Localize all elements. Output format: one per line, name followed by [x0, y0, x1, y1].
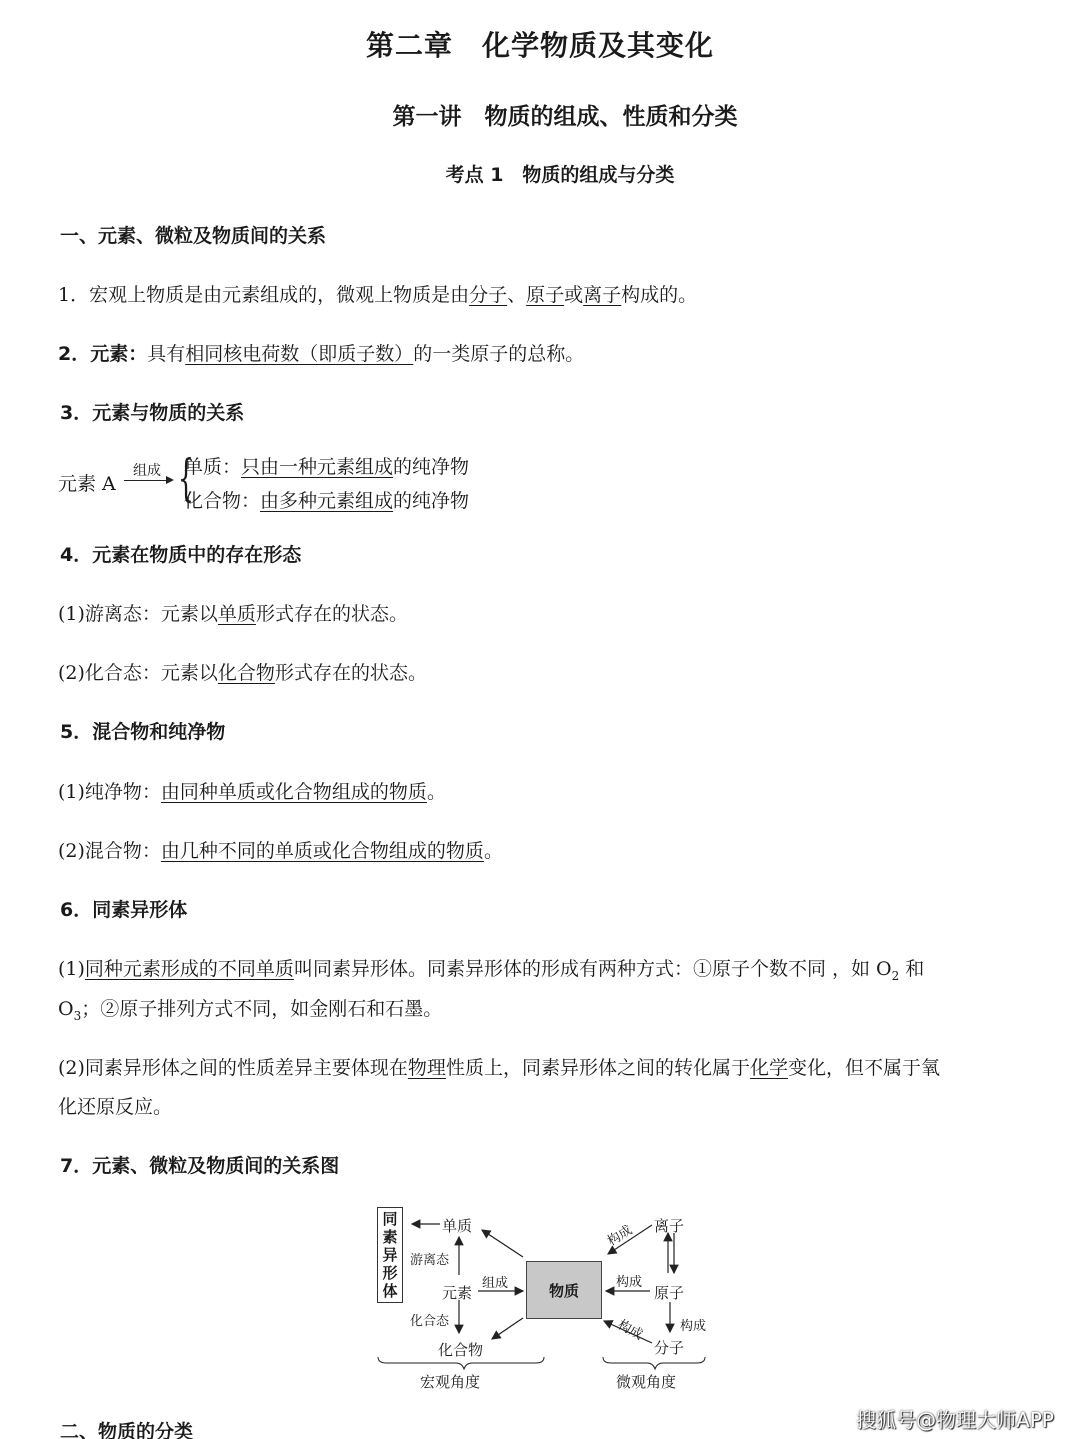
- text: 和: [899, 958, 924, 980]
- underlined-answer: 物理: [408, 1057, 446, 1079]
- text: 。: [427, 781, 446, 803]
- relation-line-huahewu: 化合物：由多种元素组成的纯净物: [184, 486, 469, 513]
- item7-heading: 7．元素、微粒及物质间的关系图: [60, 1151, 339, 1178]
- label-zucheng: 组成: [482, 1272, 508, 1291]
- label-huahetai: 化合态: [410, 1310, 449, 1329]
- text: 变化，但不属于氧: [788, 1057, 940, 1079]
- underlined-answer: 分子: [469, 284, 507, 306]
- item5-heading: 5．混合物和纯净物: [60, 717, 225, 744]
- text: 的一类原子的总称。: [413, 343, 584, 365]
- item-number: 2．: [58, 343, 90, 365]
- section2-heading: 二、物质的分类: [60, 1417, 193, 1439]
- item6-heading: 6．同素异形体: [60, 895, 187, 922]
- text: (1)游离态：元素以: [58, 603, 218, 625]
- item6-p2: (2)同素异形体之间的性质差异主要体现在物理性质上，同素异形体之间的转化属于化学…: [58, 1053, 940, 1080]
- node-yuanzi: 原子: [654, 1282, 684, 1303]
- macro-label: 宏观角度: [420, 1371, 480, 1392]
- node-danzhi: 单质: [442, 1215, 472, 1236]
- underlined-answer: 由同种单质或化合物组成的物质: [161, 781, 427, 803]
- text: 性质上，同素异形体之间的转化属于: [446, 1057, 750, 1079]
- text: (1)纯净物：: [58, 781, 161, 803]
- term-label: 元素：: [90, 343, 147, 365]
- underlined-answer: 同种元素形成的不同单质: [85, 958, 294, 980]
- text: 。: [484, 840, 503, 862]
- watermark: 搜狐号@物理大师APP: [856, 1404, 1054, 1433]
- item1-paragraph: 1．宏观上物质是由元素组成的，微观上物质是由分子、原子或离子构成的。: [58, 280, 697, 307]
- item4-p2: (2)化合态：元素以化合物形式存在的状态。: [58, 658, 427, 685]
- node-lizi: 离子: [654, 1215, 684, 1236]
- underlined-answer: 原子: [526, 284, 564, 306]
- underlined-answer: 只由一种元素组成: [241, 456, 393, 478]
- node-huahewu: 化合物: [438, 1339, 483, 1360]
- label-goucheng-3: 构成: [680, 1315, 706, 1334]
- relationship-diagram: 同素异形体 单质 游离态 元素 组成 化合态 化合物 物质 离子 构成 构成 原…: [360, 1195, 720, 1395]
- label-goucheng-2: 构成: [616, 1271, 642, 1290]
- item6-p1: (1)同种元素形成的不同单质叫同素异形体。同素异形体的形成有两种方式：①原子个数…: [58, 954, 924, 983]
- underlined-answer: 化学: [750, 1057, 788, 1079]
- underlined-answer: 单质: [218, 603, 256, 625]
- underlined-answer: 由多种元素组成: [260, 490, 393, 512]
- text: 的纯净物: [393, 456, 469, 478]
- right-arrow-icon: [124, 480, 172, 481]
- text: 的纯净物: [393, 490, 469, 512]
- text: ；②原子排列方式不同，如金刚石和石墨。: [81, 998, 442, 1020]
- text: 形式存在的状态。: [256, 603, 408, 625]
- item3-heading: 3．元素与物质的关系: [60, 398, 244, 425]
- text: 形式存在的状态。: [275, 662, 427, 684]
- node-fenzi: 分子: [654, 1337, 684, 1358]
- item2-paragraph: 2．元素：具有相同核电荷数（即质子数）的一类原子的总称。: [58, 339, 584, 366]
- relation-line-danzhi: 单质：只由一种元素组成的纯净物: [184, 452, 469, 479]
- text: 、: [507, 284, 526, 306]
- text: 叫同素异形体。同素异形体的形成有两种方式：①原子个数不同 ，如 O: [294, 958, 892, 980]
- relation-source: 元素 A: [58, 469, 116, 496]
- text: (2)化合态：元素以: [58, 662, 218, 684]
- item5-p1: (1)纯净物：由同种单质或化合物组成的物质。: [58, 777, 446, 804]
- text: (1): [58, 958, 85, 980]
- item4-p1: (1)游离态：元素以单质形式存在的状态。: [58, 599, 408, 626]
- section1-heading: 一、元素、微粒及物质间的关系: [60, 221, 326, 248]
- node-wuzhi: 物质: [526, 1261, 602, 1319]
- text: (2)混合物：: [58, 840, 161, 862]
- chapter-title: 第二章 化学物质及其变化: [0, 24, 1080, 64]
- item6-p2-cont: 化还原反应。: [58, 1092, 172, 1119]
- node-yuansu: 元素: [442, 1282, 472, 1303]
- lecture-title: 第一讲 物质的组成、性质和分类: [0, 98, 1080, 131]
- text: O: [58, 998, 74, 1020]
- item4-heading: 4．元素在物质中的存在形态: [60, 540, 301, 567]
- text: 1．宏观上物质是由元素组成的，微观上物质是由: [58, 284, 469, 306]
- label-youlitai: 游离态: [410, 1249, 449, 1268]
- text: 具有: [147, 343, 185, 365]
- relation-arrow-label: 组成: [133, 460, 161, 480]
- underlined-answer: 由几种不同的单质或化合物组成的物质: [161, 840, 484, 862]
- text: 单质：: [184, 456, 241, 478]
- text: 构成的。: [621, 284, 697, 306]
- text: 或: [564, 284, 583, 306]
- micro-label: 微观角度: [616, 1371, 676, 1392]
- topic-title: 考点 1 物质的组成与分类: [0, 160, 1080, 187]
- allotrope-box: 同素异形体: [377, 1207, 403, 1303]
- item5-p2: (2)混合物：由几种不同的单质或化合物组成的物质。: [58, 836, 503, 863]
- text: 化合物：: [184, 490, 260, 512]
- underlined-answer: 化合物: [218, 662, 275, 684]
- item6-p1-cont: O3；②原子排列方式不同，如金刚石和石墨。: [58, 994, 442, 1023]
- text: (2)同素异形体之间的性质差异主要体现在: [58, 1057, 408, 1079]
- underlined-answer: 相同核电荷数（即质子数）: [185, 343, 413, 365]
- underlined-answer: 离子: [583, 284, 621, 306]
